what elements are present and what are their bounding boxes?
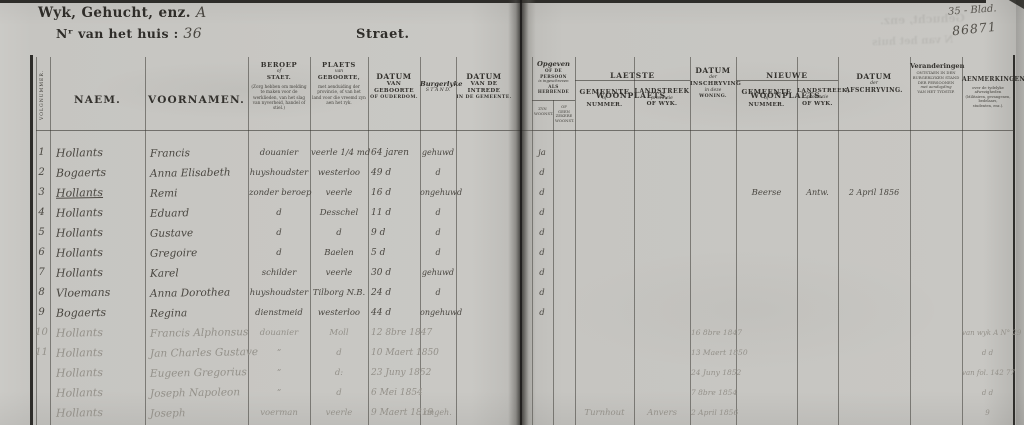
col-header-laetste-landstreek: LANDSTREEK provincie OF WYK. xyxy=(634,88,690,108)
cell-volgnummer xyxy=(34,364,49,384)
cell-burgerlyke-stand xyxy=(420,364,456,384)
cell-nieuwe-gemeente xyxy=(737,284,796,304)
cell-nieuwe-gemeente xyxy=(737,144,796,164)
cell-veranderingen xyxy=(911,364,961,384)
cell-geen-woonst-mark xyxy=(554,324,574,344)
cell-aenmerkingen: van fol. 142 77 xyxy=(962,364,1013,384)
cell-naem: Hollants xyxy=(56,243,146,265)
cell-nieuwe-landstreek xyxy=(798,144,837,164)
cell-naem: Hollants xyxy=(56,223,146,245)
cell-laetste-landstreek xyxy=(635,244,689,264)
cell-laetste-gemeente: Turnhout xyxy=(576,404,633,424)
book-gutter-shadow xyxy=(508,0,536,425)
cell-beroep: ” xyxy=(249,384,309,404)
wyk-label: Wyk, Gehucht, enz. A xyxy=(38,5,206,21)
stand-line: S T A N D. xyxy=(420,88,456,94)
cell-beroep: ” xyxy=(249,364,309,384)
cell-beroep: ” xyxy=(249,344,309,364)
cell-veranderingen xyxy=(911,264,961,284)
cell-inschryving-datum xyxy=(691,244,737,264)
cell-volgnummer: 5 xyxy=(34,224,49,244)
cell-geen-woonst-mark xyxy=(554,144,574,164)
cell-geboorteplaets: Desschel xyxy=(311,204,367,224)
cell-geboorteplaets: veerle xyxy=(311,264,367,284)
cell-inschryving-datum xyxy=(691,224,737,244)
cell-veranderingen xyxy=(911,324,961,344)
plaets-line: PLAETS xyxy=(310,61,368,69)
cell-naem: Hollants xyxy=(56,143,146,165)
cell-geen-woonst-mark xyxy=(554,404,574,424)
cell-geboorteplaets: westerloo xyxy=(311,164,367,184)
cell-nieuwe-gemeente xyxy=(737,324,796,344)
naem-label: NAEM. xyxy=(74,94,121,106)
opgeven-line: ALS HEBBENDE xyxy=(532,84,575,95)
table-top-border xyxy=(0,0,986,3)
cell-nieuwe-gemeente xyxy=(737,164,796,184)
cell-intrede xyxy=(457,244,511,264)
cell-voornamen: Anna Dorothea xyxy=(150,283,248,305)
cell-naem: Hollants xyxy=(56,183,146,205)
cell-intrede xyxy=(457,364,511,384)
cell-intrede xyxy=(457,284,511,304)
group-divider xyxy=(532,100,575,101)
cell-beroep: schilder xyxy=(249,264,309,284)
cell-laetste-landstreek xyxy=(635,344,689,364)
cell-laetste-landstreek xyxy=(635,224,689,244)
cell-nieuwe-gemeente xyxy=(737,344,796,364)
cell-nieuwe-gemeente xyxy=(737,304,796,324)
cell-intrede xyxy=(457,324,511,344)
cell-nieuwe-landstreek xyxy=(798,384,837,404)
cell-aenmerkingen xyxy=(962,264,1013,284)
cell-aenmerkingen xyxy=(962,224,1013,244)
landstreek-line: LANDSTREEK, xyxy=(797,88,838,95)
inschryving-line: DATUM xyxy=(690,66,736,75)
cell-laetste-landstreek xyxy=(635,364,689,384)
cell-geboortedatum: 24 d xyxy=(371,284,421,304)
cell-volgnummer: 7 xyxy=(34,264,49,284)
cell-geboortedatum: 64 jaren xyxy=(371,144,421,164)
cell-laetste-landstreek xyxy=(635,204,689,224)
cell-geboortedatum: 23 Juny 1852 xyxy=(371,364,421,384)
geboorte-line: DATUM xyxy=(368,72,420,81)
book-gutter-fold xyxy=(520,0,522,425)
cell-afschryving-datum xyxy=(839,324,909,344)
cell-geen-woonst-mark xyxy=(554,304,574,324)
cell-afschryving-datum xyxy=(839,144,909,164)
cell-geboortedatum: 49 d xyxy=(371,164,421,184)
cell-voornamen: Karel xyxy=(150,263,248,285)
cell-naem: Hollants xyxy=(56,203,146,225)
cell-geboorteplaets: Moll xyxy=(311,324,367,344)
col-header-intrede: DATUM VAN DE INTREDE IN DE GEMEENTE. xyxy=(456,72,512,101)
col-header-nieuwe-landstreek: LANDSTREEK, provincie OF WYK. xyxy=(797,88,838,108)
cell-laetste-gemeente xyxy=(576,184,633,204)
cell-afschryving-datum xyxy=(839,364,909,384)
cell-intrede xyxy=(457,264,511,284)
cell-afschryving-datum: 2 April 1856 xyxy=(839,184,909,204)
cell-afschryving-datum xyxy=(839,284,909,304)
cell-inschryving-datum xyxy=(691,204,737,224)
cell-veranderingen xyxy=(911,144,961,164)
cell-nieuwe-landstreek xyxy=(798,324,837,344)
cell-geboorteplaets: d: xyxy=(311,364,367,384)
col-header-voornamen: VOORNAMEN. xyxy=(145,88,248,108)
cell-laetste-gemeente xyxy=(576,304,633,324)
cell-geboorteplaets: d xyxy=(311,384,367,404)
cell-geen-woonst-mark xyxy=(554,224,574,244)
cell-geen-woonst-mark xyxy=(554,204,574,224)
col-header-burgerlyke-stand: Burgerlyke S T A N D. xyxy=(420,80,456,94)
gemeente-line: NUMMER. xyxy=(575,102,634,109)
aenmerkingen-note: (Militairen, gevangenen, bedelaars, xyxy=(962,95,1014,104)
plaets-line: GEBOORTE, xyxy=(310,75,368,82)
wyk-label-text: Wyk, Gehucht, enz. xyxy=(38,5,191,21)
cell-veranderingen xyxy=(911,224,961,244)
house-number-label-text: Nʳ van het huis : xyxy=(56,26,179,41)
woonst-sub-label: OF GEEN ZEKERE WOONST. xyxy=(553,105,575,124)
house-number-label: Nʳ van het huis : 36 xyxy=(56,26,202,42)
col-header-nieuwe-gemeente: GEMEENTE of NUMMER. xyxy=(736,88,797,109)
cell-volgnummer: 8 xyxy=(34,284,49,304)
cell-intrede xyxy=(457,384,511,404)
cell-beroep: huyshoudster xyxy=(249,164,309,184)
cell-naem: Hollants xyxy=(56,343,146,365)
gemeente-line: NUMMER. xyxy=(736,102,797,109)
cell-geboortedatum: 10 Maert 1850 xyxy=(371,344,421,364)
cell-beroep: d xyxy=(249,244,309,264)
cell-intrede xyxy=(457,304,511,324)
cell-volgnummer: 1 xyxy=(34,144,49,164)
cell-naem: Hollants xyxy=(56,403,146,425)
cell-inschryving-datum: 24 Juny 1852 xyxy=(691,364,737,384)
cell-veranderingen xyxy=(911,164,961,184)
cell-naem: Hollants xyxy=(56,383,146,405)
cell-intrede xyxy=(457,224,511,244)
cell-burgerlyke-stand: ongehuwd xyxy=(420,304,456,324)
landstreek-line: OF WYK. xyxy=(797,101,838,108)
cell-laetste-gemeente xyxy=(576,204,633,224)
cell-volgnummer xyxy=(34,404,49,424)
cell-geboortedatum: 5 d xyxy=(371,244,421,264)
cell-burgerlyke-stand: d xyxy=(420,204,456,224)
cell-inschryving-datum xyxy=(691,284,737,304)
cell-veranderingen xyxy=(911,204,961,224)
cell-laetste-gemeente xyxy=(576,144,633,164)
cell-burgerlyke-stand xyxy=(420,324,456,344)
cell-inschryving-datum: 2 April 1856 xyxy=(691,404,737,424)
cell-laetste-gemeente xyxy=(576,224,633,244)
cell-burgerlyke-stand: d xyxy=(420,224,456,244)
col-header-plaets: PLAETS van GEBOORTE, met aenduiding der … xyxy=(310,61,368,105)
aenmerkingen-note: studenten, enz.). xyxy=(962,104,1014,108)
house-number-handwritten-value: 36 xyxy=(183,26,202,42)
cell-inschryving-datum xyxy=(691,184,737,204)
cell-nieuwe-landstreek xyxy=(798,404,837,424)
col-header-naem: NAEM. xyxy=(50,88,145,108)
cell-geen-woonst-mark xyxy=(554,164,574,184)
cell-geen-woonst-mark xyxy=(554,184,574,204)
cell-veranderingen xyxy=(911,184,961,204)
cell-nieuwe-landstreek xyxy=(798,344,837,364)
cell-beroep: douanier xyxy=(249,144,309,164)
cell-aenmerkingen xyxy=(962,184,1013,204)
cell-nieuwe-landstreek xyxy=(798,304,837,324)
cell-beroep: voerman xyxy=(249,404,309,424)
cell-inschryving-datum xyxy=(691,264,737,284)
cell-laetste-gemeente xyxy=(576,364,633,384)
cell-geboortedatum: 6 Mei 1854 xyxy=(371,384,421,404)
cell-voornamen: Eugeen Gregorius xyxy=(150,363,248,385)
cell-nieuwe-landstreek xyxy=(798,244,837,264)
cell-voornamen: Francis xyxy=(150,143,248,165)
cell-veranderingen xyxy=(911,384,961,404)
cell-voornamen: Regina xyxy=(150,303,248,325)
cell-naem: Bogaerts xyxy=(56,303,146,325)
cell-voornamen: Anna Elisabeth xyxy=(150,163,248,185)
cell-aenmerkingen xyxy=(962,284,1013,304)
cell-afschryving-datum xyxy=(839,224,909,244)
cell-nieuwe-gemeente xyxy=(737,264,796,284)
cell-inschryving-datum: 7 8bre 1854 xyxy=(691,384,737,404)
cell-nieuwe-landstreek xyxy=(798,264,837,284)
cell-geen-woonst-mark xyxy=(554,344,574,364)
cell-geboorteplaets: Tilborg N.B. xyxy=(311,284,367,304)
cell-intrede xyxy=(457,184,511,204)
cell-inschryving-datum xyxy=(691,144,737,164)
cell-nieuwe-gemeente xyxy=(737,404,796,424)
col-header-volgnummer: VOLGNUMMER. xyxy=(36,60,50,130)
col-header-opgeven: Opgeven OF DE PERSOON is ingeschreven AL… xyxy=(532,60,575,94)
cell-beroep: douanier xyxy=(249,324,309,344)
cell-volgnummer: 9 xyxy=(34,304,49,324)
cell-veranderingen xyxy=(911,344,961,364)
cell-volgnummer: 3 xyxy=(34,184,49,204)
cell-voornamen: Eduard xyxy=(150,203,248,225)
cell-aenmerkingen: d d xyxy=(962,344,1013,364)
cell-nieuwe-landstreek: Antw. xyxy=(798,184,837,204)
cell-voornamen: Gustave xyxy=(150,223,248,245)
cell-aenmerkingen: 9 xyxy=(962,404,1013,424)
cell-nieuwe-landstreek xyxy=(798,164,837,184)
cell-volgnummer: 10 xyxy=(34,324,49,344)
cell-aenmerkingen: van wyk A N° 29 77 xyxy=(962,324,1013,344)
col-header-veranderingen: Veranderingen ONTSTAEN IN DEN BURGERLYKE… xyxy=(910,62,962,95)
cell-veranderingen xyxy=(911,404,961,424)
cell-burgerlyke-stand: ongeh. xyxy=(420,404,456,424)
landstreek-line: LANDSTREEK xyxy=(634,88,690,96)
cell-intrede xyxy=(457,404,511,424)
cell-inschryving-datum xyxy=(691,304,737,324)
cell-nieuwe-landstreek xyxy=(798,364,837,384)
cell-voornamen: Francis Alphonsus xyxy=(150,323,248,345)
landstreek-line: OF WYK. xyxy=(634,101,690,108)
cell-veranderingen xyxy=(911,304,961,324)
cell-laetste-gemeente xyxy=(576,324,633,344)
cell-laetste-landstreek xyxy=(635,144,689,164)
cell-burgerlyke-stand: d xyxy=(420,244,456,264)
cell-burgerlyke-stand: d xyxy=(420,284,456,304)
cell-intrede xyxy=(457,204,511,224)
cell-nieuwe-landstreek xyxy=(798,284,837,304)
cell-naem: Hollants xyxy=(56,263,146,285)
cell-laetste-landstreek xyxy=(635,304,689,324)
cell-aenmerkingen xyxy=(962,204,1013,224)
cell-beroep: d xyxy=(249,204,309,224)
cell-geboortedatum: 12 8bre 1847 xyxy=(371,324,421,344)
cell-voornamen: Jan Charles Gustave xyxy=(150,343,248,365)
cell-volgnummer: 11 xyxy=(34,344,49,364)
cell-laetste-landstreek xyxy=(635,264,689,284)
cell-beroep: dienstmeid xyxy=(249,304,309,324)
wyk-handwritten-value: A xyxy=(196,5,207,21)
cell-geboorteplaets: veerle xyxy=(311,404,367,424)
cell-naem: Hollants xyxy=(56,323,146,345)
cell-intrede xyxy=(457,144,511,164)
cell-laetste-landstreek xyxy=(635,284,689,304)
afschryving-line: DATUM xyxy=(838,72,910,81)
cell-nieuwe-gemeente xyxy=(737,364,796,384)
col-header-aenmerkingen: AENMERKINGEN over de tydelyke afwezighed… xyxy=(962,76,1014,108)
cell-laetste-landstreek xyxy=(635,384,689,404)
cell-geboortedatum: 16 d xyxy=(371,184,421,204)
col-header-inschryving: DATUM der INSCHRYVING in deze WONING. xyxy=(690,66,736,100)
cell-aenmerkingen: d d xyxy=(962,384,1013,404)
col-header-afschryving: DATUM der AFSCHRYVING. xyxy=(838,72,910,95)
voornamen-label: VOORNAMEN. xyxy=(148,94,245,106)
cell-aenmerkingen xyxy=(962,244,1013,264)
col-header-laetste-gemeente: GEMEENTE of NUMMER. xyxy=(575,88,634,109)
cell-afschryving-datum xyxy=(839,344,909,364)
cell-inschryving-datum: 16 8bre 1847 xyxy=(691,324,737,344)
cell-veranderingen xyxy=(911,284,961,304)
cell-geen-woonst-mark xyxy=(554,244,574,264)
aenmerkingen-note: over de tydelyke afwezigheden xyxy=(962,86,1014,95)
cell-nieuwe-gemeente: Beerse xyxy=(737,184,796,204)
cell-burgerlyke-stand: ongehuwd xyxy=(420,184,456,204)
cell-geboortedatum: 9 Maert 1819 xyxy=(371,404,421,424)
geboorte-line: VAN GEBOORTE xyxy=(368,81,420,95)
bleedthrough-ghost-text: N van het huis xyxy=(872,35,954,49)
cell-geboorteplaets: Baelen xyxy=(311,244,367,264)
cell-beroep: d xyxy=(249,224,309,244)
beroep-line: STAET. xyxy=(248,75,310,82)
cell-geboortedatum: 11 d xyxy=(371,204,421,224)
intrede-line: IN DE GEMEENTE. xyxy=(456,95,512,101)
cell-volgnummer: 4 xyxy=(34,204,49,224)
cell-laetste-landstreek xyxy=(635,324,689,344)
cell-naem: Vloemans xyxy=(56,283,146,305)
cell-laetste-gemeente xyxy=(576,344,633,364)
volgnummer-vertical-label: VOLGNUMMER. xyxy=(40,62,46,128)
opgeven-line: Opgeven xyxy=(532,60,575,68)
cell-laetste-gemeente xyxy=(576,284,633,304)
veranderingen-line: Veranderingen xyxy=(910,62,962,70)
cell-voornamen: Joseph Napoleon xyxy=(150,383,248,405)
cell-afschryving-datum xyxy=(839,244,909,264)
cell-volgnummer: 2 xyxy=(34,164,49,184)
cell-burgerlyke-stand: d xyxy=(420,164,456,184)
register-page-scan: { "colors":{"paper":"#c7c6c2","ink":"#4a… xyxy=(0,0,1024,425)
cell-naem: Hollants xyxy=(56,363,146,385)
veranderingen-note: VAN HET TYDSTIP. xyxy=(910,90,962,95)
cell-inschryving-datum xyxy=(691,164,737,184)
cell-geboorteplaets: d xyxy=(311,344,367,364)
cell-geboorteplaets: veerle 1/4 md xyxy=(311,144,367,164)
cell-geen-woonst-mark xyxy=(554,364,574,384)
cell-laetste-landstreek xyxy=(635,164,689,184)
cell-inschryving-datum: 13 Maert 1850 xyxy=(691,344,737,364)
cell-intrede xyxy=(457,344,511,364)
cell-voornamen: Gregoire xyxy=(150,243,248,265)
cell-voornamen: Joseph xyxy=(150,403,248,425)
col-header-beroep: BEROEP of STAET. (Zorg hebben om melding… xyxy=(248,61,310,110)
cell-burgerlyke-stand: gehuwd xyxy=(420,264,456,284)
cell-geen-woonst-mark xyxy=(554,284,574,304)
cell-afschryving-datum xyxy=(839,264,909,284)
aenmerkingen-line: AENMERKINGEN xyxy=(962,76,1014,84)
cell-laetste-gemeente xyxy=(576,264,633,284)
cell-aenmerkingen xyxy=(962,304,1013,324)
cell-burgerlyke-stand xyxy=(420,384,456,404)
intrede-line: DATUM xyxy=(456,72,512,81)
cell-geen-woonst-mark xyxy=(554,384,574,404)
cell-laetste-landstreek xyxy=(635,184,689,204)
cell-nieuwe-gemeente xyxy=(737,224,796,244)
cell-afschryving-datum xyxy=(839,384,909,404)
cell-nieuwe-gemeente xyxy=(737,384,796,404)
cell-nieuwe-gemeente xyxy=(737,244,796,264)
cell-afschryving-datum xyxy=(839,164,909,184)
cell-geboortedatum: 9 d xyxy=(371,224,421,244)
cell-laetste-gemeente xyxy=(576,384,633,404)
cell-volgnummer: 6 xyxy=(34,244,49,264)
plaets-note: met aenduiding der provincie, of van het… xyxy=(310,84,368,105)
cell-aenmerkingen xyxy=(962,164,1013,184)
cell-burgerlyke-stand: gehuwd xyxy=(420,144,456,164)
cell-nieuwe-gemeente xyxy=(737,204,796,224)
cell-geboortedatum: 44 d xyxy=(371,304,421,324)
cell-laetste-gemeente xyxy=(576,244,633,264)
afschryving-line: AFSCHRYVING. xyxy=(838,87,910,95)
cell-afschryving-datum xyxy=(839,404,909,424)
cell-laetste-gemeente xyxy=(576,164,633,184)
beroep-note: (Zorg hebben om melding te maken voor de… xyxy=(248,84,310,110)
cell-nieuwe-landstreek xyxy=(798,224,837,244)
cell-afschryving-datum xyxy=(839,204,909,224)
cell-voornamen: Remi xyxy=(150,183,248,205)
cell-laetste-landstreek: Anvers xyxy=(635,404,689,424)
col-subheader-geen-woonst: OF GEEN ZEKERE WOONST. xyxy=(553,103,575,124)
cell-intrede xyxy=(457,164,511,184)
geboorte-line: OF OUDERDOM. xyxy=(368,95,420,101)
cell-afschryving-datum xyxy=(839,304,909,324)
cell-veranderingen xyxy=(911,244,961,264)
cell-beroep: zonder beroep xyxy=(249,184,309,204)
cell-geboorteplaets: veerle xyxy=(311,184,367,204)
col-header-geboorte: DATUM VAN GEBOORTE OF OUDERDOM. xyxy=(368,72,420,101)
intrede-line: VAN DE INTREDE xyxy=(456,81,512,95)
street-label: Straet. xyxy=(356,27,410,42)
cell-beroep: huyshoudster xyxy=(249,284,309,304)
cell-geboorteplaets: westerloo xyxy=(311,304,367,324)
cell-nieuwe-landstreek xyxy=(798,204,837,224)
cell-volgnummer xyxy=(34,384,49,404)
inschryving-line: WONING. xyxy=(690,94,736,100)
cell-naem: Bogaerts xyxy=(56,163,146,185)
cell-burgerlyke-stand xyxy=(420,344,456,364)
cell-geboorteplaets: d xyxy=(311,224,367,244)
